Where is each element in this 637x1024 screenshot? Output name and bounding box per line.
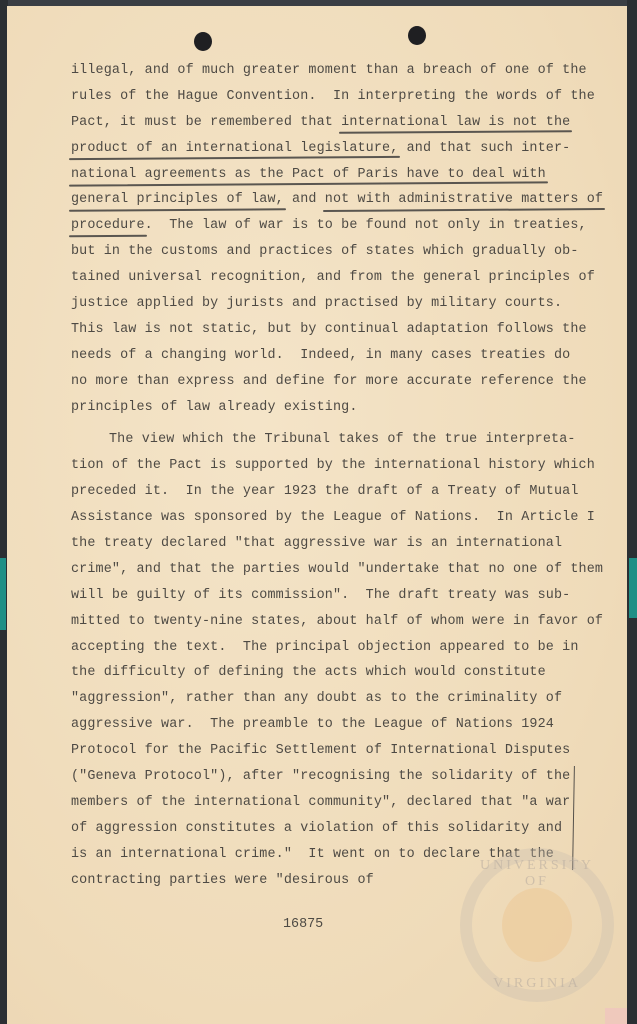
text-line: the treaty declared "that aggressive war… bbox=[71, 531, 611, 557]
text-line: will be guilty of its commission". The d… bbox=[71, 583, 611, 609]
text-line: general principles of law, and not with … bbox=[71, 187, 611, 213]
text-line: accepting the text. The principal object… bbox=[71, 635, 611, 661]
paragraph-gap bbox=[71, 420, 611, 427]
underlined-text: international law is not the bbox=[341, 115, 570, 130]
text-line: "aggression", rather than any doubt as t… bbox=[71, 686, 611, 712]
text-line: no more than express and define for more… bbox=[71, 369, 611, 395]
punch-hole-icon bbox=[408, 26, 426, 45]
text-line: product of an international legislature,… bbox=[71, 136, 611, 162]
underlined-text: procedure bbox=[71, 218, 145, 233]
text-line: procedure. The law of war is to be found… bbox=[71, 213, 611, 239]
text-line: preceded it. In the year 1923 the draft … bbox=[71, 479, 611, 505]
page-number: 16875 bbox=[283, 917, 323, 932]
text-line: mitted to twenty-nine states, about half… bbox=[71, 609, 611, 635]
rotunda-icon bbox=[502, 888, 572, 962]
text-line: The view which the Tribunal takes of the… bbox=[71, 427, 611, 453]
scanner-right-edge bbox=[627, 0, 637, 1024]
text-segment: and that such inter- bbox=[398, 141, 570, 156]
text-segment: and bbox=[284, 192, 325, 207]
university-seal-watermark: UNIVERSITY OF VIRGINIA bbox=[460, 848, 614, 1002]
text-line: of aggression constitutes a violation of… bbox=[71, 816, 611, 842]
underlined-text: not with administrative matters of bbox=[325, 192, 603, 207]
text-line: This law is not static, but by continual… bbox=[71, 317, 611, 343]
underlined-text: product of an international legislature, bbox=[71, 141, 398, 156]
text-line: rules of the Hague Convention. In interp… bbox=[71, 84, 611, 110]
underlined-text: general principles of law, bbox=[71, 192, 284, 207]
text-line: but in the customs and practices of stat… bbox=[71, 239, 611, 265]
underlined-text: national agreements as the Pact of Paris… bbox=[71, 167, 546, 182]
text-line: Protocol for the Pacific Settlement of I… bbox=[71, 738, 611, 764]
punch-hole-icon bbox=[194, 32, 212, 51]
text-line: tained universal recognition, and from t… bbox=[71, 265, 611, 291]
document-body: illegal, and of much greater moment than… bbox=[71, 58, 611, 894]
text-line: national agreements as the Pact of Paris… bbox=[71, 162, 611, 188]
text-line: aggressive war. The preamble to the Leag… bbox=[71, 712, 611, 738]
text-line: tion of the Pact is supported by the int… bbox=[71, 453, 611, 479]
text-segment: . The law of war is to be found not only… bbox=[145, 218, 587, 233]
text-line: Assistance was sponsored by the League o… bbox=[71, 505, 611, 531]
text-line: justice applied by jurists and practised… bbox=[71, 291, 611, 317]
text-segment: Pact, it must be remembered that bbox=[71, 115, 341, 130]
text-line: illegal, and of much greater moment than… bbox=[71, 58, 611, 84]
text-line: crime", and that the parties would "unde… bbox=[71, 557, 611, 583]
color-calibration-tab-right bbox=[629, 558, 637, 618]
color-calibration-tab-left bbox=[0, 558, 6, 630]
text-line: Pact, it must be remembered that interna… bbox=[71, 110, 611, 136]
text-line: principles of law already existing. bbox=[71, 395, 611, 421]
text-line: the difficulty of defining the acts whic… bbox=[71, 660, 611, 686]
scan-artifact bbox=[605, 1008, 627, 1024]
text-line: ("Geneva Protocol"), after "recognising … bbox=[71, 764, 611, 790]
text-line: needs of a changing world. Indeed, in ma… bbox=[71, 343, 611, 369]
seal-top-text: UNIVERSITY OF bbox=[472, 858, 602, 890]
text-line: members of the international community",… bbox=[71, 790, 611, 816]
seal-bottom-text: VIRGINIA bbox=[472, 976, 602, 992]
